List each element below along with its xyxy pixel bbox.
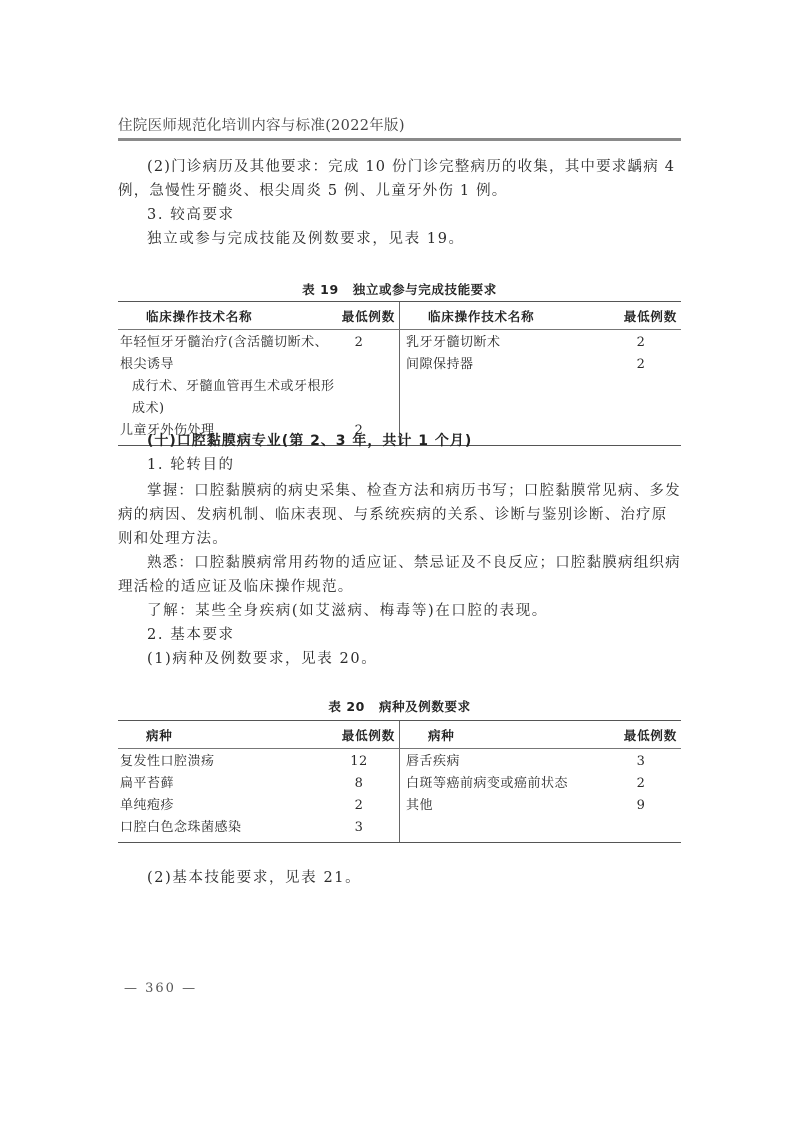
paragraph-see-table-21: (2)基本技能要求，见表 21。	[147, 866, 361, 890]
cell-count: 2	[621, 332, 661, 354]
header-rule	[118, 138, 681, 141]
paragraph-master: 掌握：口腔黏膜病的病史采集、检查方法和病历书写；口腔黏膜常见病、多发病的病因、发…	[118, 479, 681, 551]
table19-header-count: 最低例数	[329, 307, 399, 325]
table-row: 年轻恒牙牙髓治疗(含活髓切断术、根尖诱导2	[118, 332, 399, 376]
heading-basic-requirements: 2. 基本要求	[147, 623, 235, 647]
cell-count: 8	[339, 773, 379, 795]
table20-number: 表 20	[328, 699, 365, 714]
heading-rotation-goals: 1. 轮转目的	[147, 453, 235, 477]
paragraph-outpatient-records: (2)门诊病历及其他要求：完成 10 份门诊完整病历的收集，其中要求龋病 4 例…	[118, 155, 681, 203]
table19-caption: 表 19独立或参与完成技能要求	[118, 280, 681, 298]
table-row: 白斑等癌前病变或癌前状态2	[400, 773, 681, 795]
cell-count	[339, 376, 379, 420]
cell-count: 3	[621, 751, 661, 773]
cell-count: 12	[339, 751, 379, 773]
cell-name: 单纯疱疹	[118, 795, 339, 817]
table20-header-count: 最低例数	[329, 726, 399, 744]
table-19: 临床操作技术名称 最低例数 临床操作技术名称 最低例数 年轻恒牙牙髓治疗(含活髓…	[118, 301, 681, 446]
cell-name: 年轻恒牙牙髓治疗(含活髓切断术、根尖诱导	[118, 332, 339, 376]
table-20: 病种 最低例数 病种 最低例数 复发性口腔溃疡12 扁平苔藓8 单纯疱疹2 口腔…	[118, 720, 681, 843]
cell-name: 乳牙牙髓切断术	[400, 332, 621, 354]
table-row: 唇舌疾病3	[400, 751, 681, 773]
table19-number: 表 19	[302, 282, 339, 297]
table19-header-count-right: 最低例数	[611, 307, 681, 325]
cell-count: 3	[339, 817, 379, 839]
table20-header-name: 病种	[118, 726, 329, 744]
cell-name: 复发性口腔溃疡	[118, 751, 339, 773]
table20-body: 复发性口腔溃疡12 扁平苔藓8 单纯疱疹2 口腔白色念珠菌感染3 唇舌疾病3 白…	[118, 749, 681, 842]
cell-name: 间隙保持器	[400, 354, 621, 376]
table20-caption: 表 20病种及例数要求	[118, 697, 681, 715]
paragraph-familiar: 熟悉：口腔黏膜病常用药物的适应证、禁忌证及不良反应；口腔黏膜病组织病理活检的适应…	[118, 551, 681, 599]
cell-count: 2	[621, 773, 661, 795]
table-row: 间隙保持器2	[400, 354, 681, 376]
section-10-title: (十)口腔黏膜病专业(第 2、3 年，共计 1 个月)	[147, 430, 472, 450]
table20-header-row: 病种 最低例数 病种 最低例数	[118, 721, 681, 749]
paragraph-understand: 了解：某些全身疾病(如艾滋病、梅毒等)在口腔的表现。	[147, 599, 548, 623]
cell-count: 2	[621, 354, 661, 376]
table20-header-count-right: 最低例数	[611, 726, 681, 744]
paragraph-see-table-20: (1)病种及例数要求，见表 20。	[147, 647, 377, 671]
table-row: 扁平苔藓8	[118, 773, 399, 795]
table19-header-name-right: 临床操作技术名称	[400, 307, 611, 325]
cell-name: 扁平苔藓	[118, 773, 339, 795]
cell-count: 2	[339, 795, 379, 817]
table19-title: 独立或参与完成技能要求	[353, 282, 497, 297]
heading-advanced-requirements: 3. 较高要求	[147, 203, 235, 227]
table19-header-row: 临床操作技术名称 最低例数 临床操作技术名称 最低例数	[118, 302, 681, 330]
cell-name: 其他	[400, 795, 621, 817]
table20-title: 病种及例数要求	[379, 699, 471, 714]
cell-count: 2	[339, 332, 379, 376]
table-row: 其他9	[400, 795, 681, 817]
cell-count: 9	[621, 795, 661, 817]
table19-header-name: 临床操作技术名称	[118, 307, 329, 325]
paragraph-see-table-19: 独立或参与完成技能及例数要求，见表 19。	[147, 227, 465, 251]
cell-name: 唇舌疾病	[400, 751, 621, 773]
cell-name: 白斑等癌前病变或癌前状态	[400, 773, 621, 795]
table20-header-name-right: 病种	[400, 726, 611, 744]
table-row: 乳牙牙髓切断术2	[400, 332, 681, 354]
table-row: 成行术、牙髓血管再生术或牙根形成术)	[118, 376, 399, 420]
table19-body: 年轻恒牙牙髓治疗(含活髓切断术、根尖诱导2 成行术、牙髓血管再生术或牙根形成术)…	[118, 330, 681, 445]
table-row: 单纯疱疹2	[118, 795, 399, 817]
table-row: 口腔白色念珠菌感染3	[118, 817, 399, 839]
cell-name: 口腔白色念珠菌感染	[118, 817, 339, 839]
page-number: — 360 —	[124, 981, 197, 996]
running-head: 住院医师规范化培训内容与标准(2022年版)	[118, 114, 405, 135]
table-row: 复发性口腔溃疡12	[118, 751, 399, 773]
cell-name: 成行术、牙髓血管再生术或牙根形成术)	[118, 376, 339, 420]
